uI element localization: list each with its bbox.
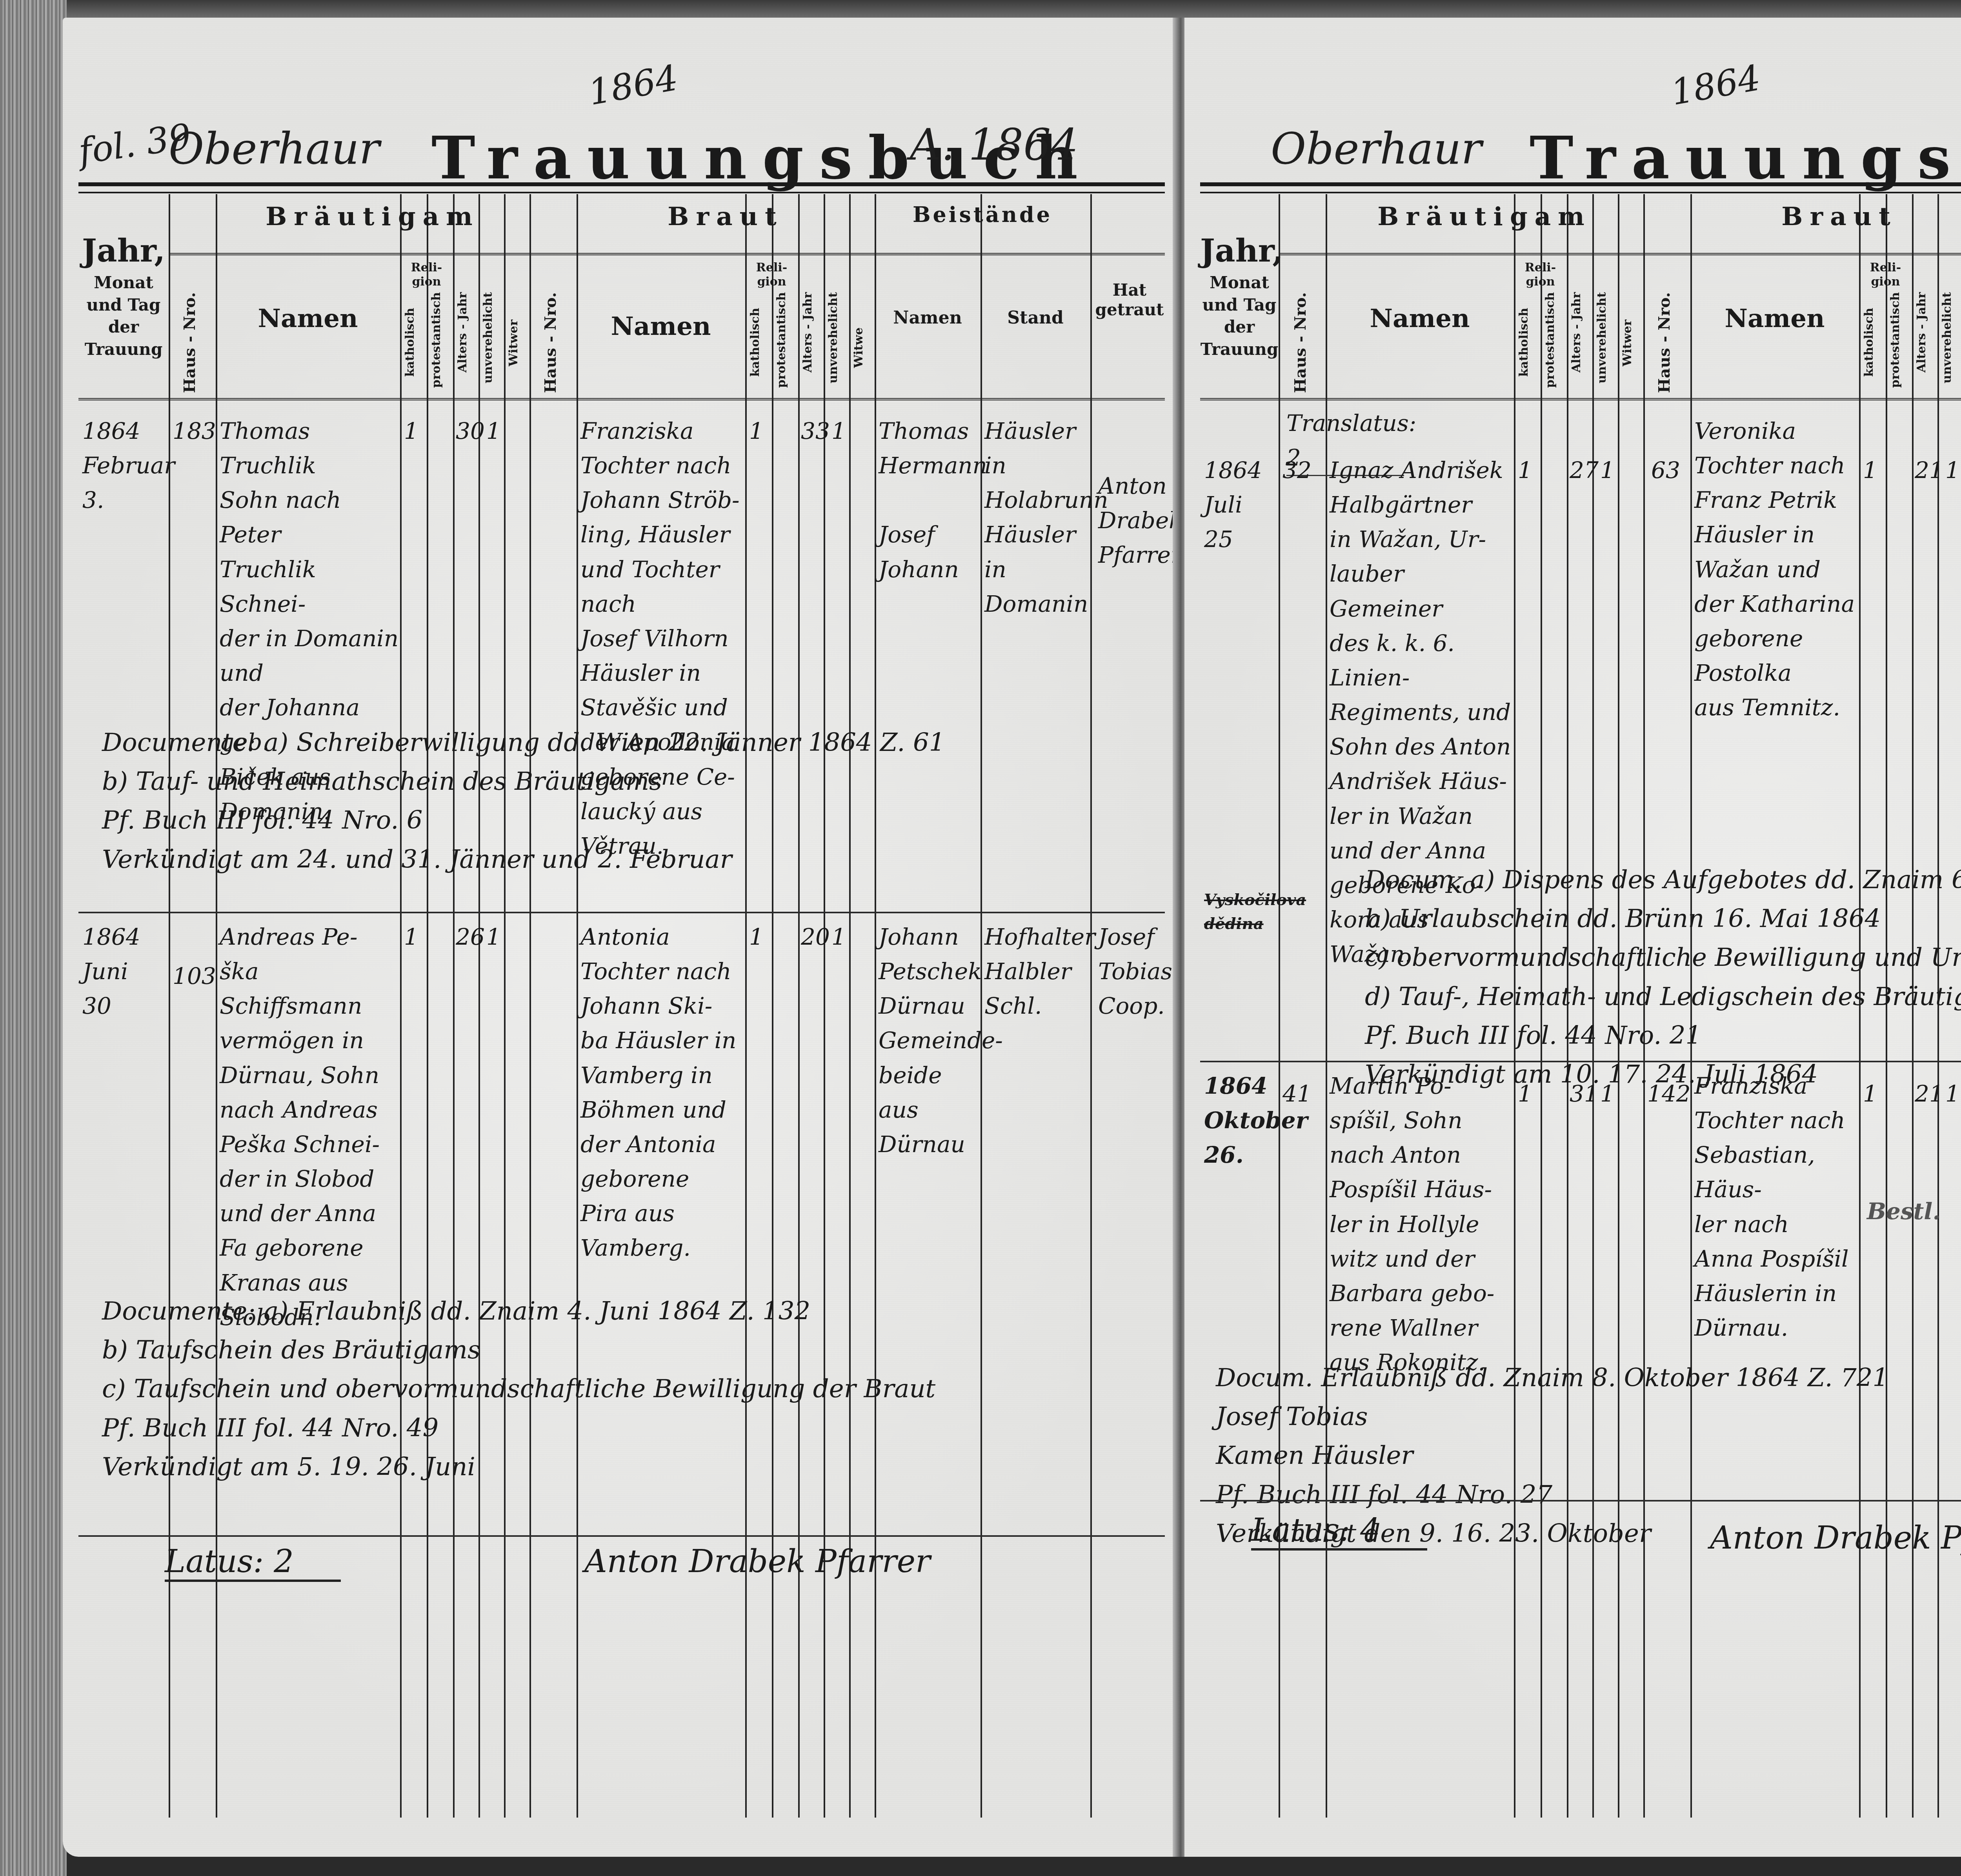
header-groom-house-no: Haus - Nro.	[1291, 292, 1310, 393]
header-groom-name: Namen	[216, 304, 400, 333]
header-bride: Braut	[577, 202, 875, 231]
entry-3-date: 1864 Juli 25	[1204, 453, 1279, 556]
header-date: Jahr, Monat und Tag der Trauung	[78, 229, 169, 361]
entry-2-groom-age: 26	[456, 920, 485, 954]
entry-3-margin-note: Vyskočilova dědina	[1204, 888, 1361, 936]
entry-1-groom-unmarried: 1	[486, 414, 501, 448]
header-bride-age: Alters - Jahr	[1915, 292, 1928, 373]
entry-3-groom-unmarried: 1	[1600, 453, 1615, 487]
header-bride-name: Namen	[1690, 304, 1859, 333]
entry-2-bride-catholic: 1	[749, 920, 764, 954]
entry-separator	[1200, 1061, 1961, 1062]
entry-3-bride-unmarried: 1	[1945, 453, 1960, 487]
entry-3-documents: Docum. a) Dispens des Aufgebotes dd. Zna…	[1365, 861, 1961, 1094]
header-bride-age: Alters - Jahr	[801, 292, 815, 373]
entry-2-bride-age: 20	[801, 920, 830, 954]
header-bride: Braut	[1690, 202, 1961, 231]
entry-2-bride-unmarried: 1	[831, 920, 846, 954]
entry-4-bride-house-no: 142	[1647, 1076, 1691, 1111]
entry-4-groom-name: Martin Po- spíšil, Sohn nach Anton Pospí…	[1330, 1069, 1514, 1380]
entry-4-groom-catholic: 1	[1518, 1076, 1532, 1111]
header-bride-unmarried: unverehelicht	[826, 292, 840, 384]
entry-separator	[78, 1535, 1165, 1537]
header-groom: Bräutigam	[169, 202, 577, 231]
header-groom-widower: Witwer	[1621, 320, 1634, 366]
entry-4-bride-margin-stamp: Bestl.	[1867, 1194, 1941, 1229]
entry-4-bride-unmarried: 1	[1945, 1076, 1960, 1111]
header-officiant: Hat getraut	[1090, 280, 1169, 320]
page-total: Latus: 4	[1251, 1512, 1427, 1551]
header-witness-name: Namen	[875, 308, 980, 328]
header-witness-rank: Stand	[980, 308, 1090, 328]
entry-2-groom-unmarried: 1	[486, 920, 501, 954]
entry-4-bride-catholic: 1	[1863, 1076, 1877, 1111]
header-groom-protestant: protestantisch	[429, 292, 443, 388]
entry-2-officiant: Josef Tobias Coop.	[1098, 920, 1177, 1023]
year-annotation: 1864	[586, 57, 681, 113]
entry-1-witnesses: Thomas Hermann Josef Johann	[879, 414, 980, 587]
entry-3-bride-name: Veronika Tochter nach Franz Petrik Häusl…	[1694, 414, 1859, 725]
register-table-right: Jahr, Monat und Tag der Trauung Bräutiga…	[1200, 194, 1961, 1841]
year-annotation: 1864	[1668, 57, 1764, 113]
left-page: fol. 39 Oberhaur 1864 Trauungsbuch A. 18…	[63, 18, 1181, 1857]
entry-3-bride-age: 21	[1915, 453, 1944, 487]
entry-2-house-no: 103	[173, 959, 216, 993]
header-groom: Bräutigam	[1279, 202, 1690, 231]
priest-signature: Anton Drabek Pfarrer	[584, 1543, 930, 1580]
title-rule	[1200, 182, 1961, 193]
header-groom-age: Alters - Jahr	[456, 292, 469, 373]
entry-4-bride-name: Franziska Tochter nach Sebastian, Häus- …	[1694, 1069, 1859, 1345]
entry-1-groom-catholic: 1	[404, 414, 418, 448]
header-bride-catholic: katholisch	[1862, 308, 1876, 377]
header-bride-name: Namen	[577, 312, 745, 341]
entry-4-groom-age: 31	[1570, 1076, 1599, 1111]
header-bride-religion: Reli-gion	[745, 261, 798, 289]
entry-3-house-no: 32	[1282, 453, 1326, 487]
entry-3-bride-catholic: 1	[1863, 453, 1877, 487]
anno-year: A. 1864	[910, 120, 1078, 170]
right-page: Oberhaur 1864 Trauungsbuch A. 1864 Fol. …	[1184, 18, 1961, 1857]
header-groom-catholic: katholisch	[1517, 308, 1531, 377]
page-total: Latus: 2	[165, 1543, 341, 1582]
entry-1-bride-age: 33	[801, 414, 830, 448]
header-bride-unmarried: unverehelicht	[1940, 292, 1954, 384]
priest-signature: Anton Drabek Pfarrer	[1710, 1520, 1961, 1556]
header-bride-catholic: katholisch	[748, 308, 762, 377]
header-bride-house-no: Haus - Nro.	[541, 292, 560, 393]
entry-3-groom-age: 27	[1570, 453, 1599, 487]
book-page-edges-left	[0, 0, 67, 1876]
entry-separator	[78, 912, 1165, 913]
entry-4-bride-age: 21	[1915, 1076, 1944, 1111]
header-date: Jahr, Monat und Tag der Trauung	[1200, 229, 1279, 361]
header-groom-unmarried: unverehelicht	[481, 292, 495, 384]
entry-2-groom-name: Andreas Pe- ška Schiffsmann vermögen in …	[220, 920, 400, 1334]
entry-4-groom-unmarried: 1	[1600, 1076, 1615, 1111]
page-title-row: Oberhaur 1864 Trauungsbuch A. 1864 Fol. …	[1200, 65, 1961, 182]
entry-3-groom-catholic: 1	[1518, 453, 1532, 487]
header-bride-protestant: protestantisch	[775, 292, 788, 388]
header-groom-widower: Witwer	[507, 320, 520, 366]
header-bride-religion: Reli-gion	[1859, 261, 1912, 289]
header-bride-widow: Witwe	[852, 327, 866, 368]
header-groom-religion: Reli-gion	[1514, 261, 1567, 289]
entry-1-house-no: 183	[173, 414, 216, 448]
parish-name: Oberhaur	[169, 124, 380, 174]
header-bride-protestant: protestantisch	[1888, 292, 1902, 388]
entry-1-bride-catholic: 1	[749, 414, 764, 448]
register-table-left: Jahr, Monat und Tag der Trauung Bräutiga…	[78, 194, 1165, 1841]
entry-2-bride-name: Antonia Tochter nach Johann Ski- ba Häus…	[580, 920, 745, 1265]
entry-2-groom-catholic: 1	[404, 920, 418, 954]
header-bride-house-no: Haus - Nro.	[1655, 292, 1674, 393]
header-witnesses: Beistände	[875, 202, 1090, 227]
header-groom-catholic: katholisch	[403, 308, 417, 377]
entry-1-date: 1864 Februar 3.	[82, 414, 169, 517]
entry-separator	[1200, 1500, 1961, 1502]
header-groom-protestant: protestantisch	[1543, 292, 1557, 388]
entry-4-house-no: 41	[1282, 1076, 1326, 1111]
entry-2-date: 1864 Juni 30	[82, 920, 169, 1023]
entry-1-witness-rank: Häusler in Holabrunn Häusler in Domanin	[984, 414, 1090, 621]
entry-1-documents: Documente: a) Schreiberwilligung dd. Wie…	[102, 723, 1161, 879]
page-title-row: fol. 39 Oberhaur 1864 Trauungsbuch A. 18…	[78, 65, 1157, 182]
header-groom-age: Alters - Jahr	[1570, 292, 1583, 373]
entry-2-witnesses: Johann Petschek Dürnau Gemeinde- beide a…	[879, 920, 980, 1162]
parish-name: Oberhaur	[1271, 124, 1482, 174]
header-groom-name: Namen	[1326, 304, 1514, 333]
header-groom-unmarried: unverehelicht	[1595, 292, 1609, 384]
title-rule	[78, 182, 1165, 193]
entry-4-date: 1864 Oktober 26.	[1204, 1069, 1279, 1172]
entry-1-groom-age: 30	[456, 414, 485, 448]
header-groom-house-no: Haus - Nro.	[180, 292, 199, 393]
entry-1-bride-unmarried: 1	[831, 414, 846, 448]
entry-3-bride-house-no: 63	[1651, 453, 1680, 487]
entry-2-documents: Documente: a) Erlaubniß dd. Znaim 4. Jun…	[102, 1292, 1181, 1487]
entry-1-officiant: Anton Drabek Pfarrer	[1098, 469, 1177, 572]
entry-2-witness-rank: Hofhalter Halbler Schl.	[984, 920, 1090, 1023]
header-groom-religion: Reli-gion	[400, 261, 453, 289]
